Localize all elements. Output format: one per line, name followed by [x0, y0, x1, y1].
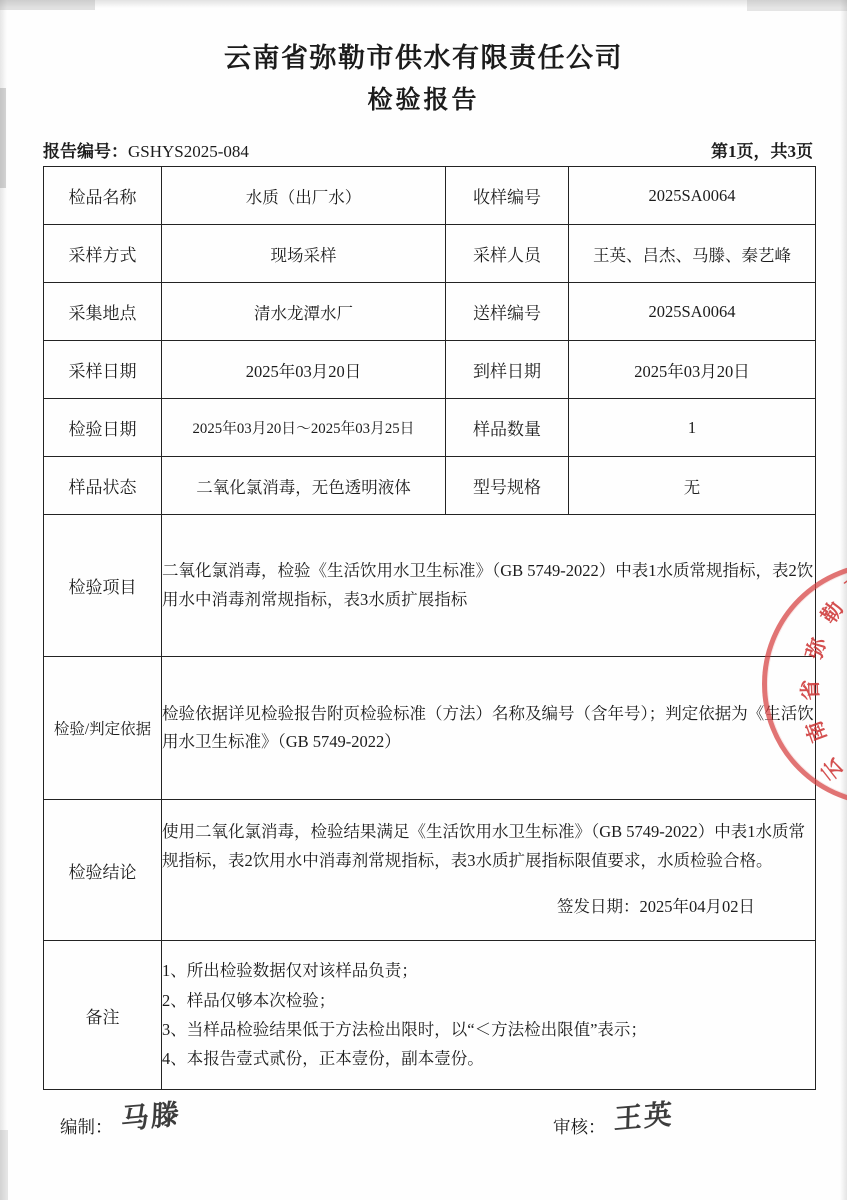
field-value: 1 [569, 399, 816, 457]
table-row-inspection-date: 检验日期 2025年03月20日～2025年03月25日 样品数量 1 [44, 399, 816, 457]
field-value: 王英、吕杰、马滕、秦艺峰 [569, 225, 816, 283]
seal-char: 云 [813, 752, 847, 787]
table-row-basis: 检验/判定依据 检验依据详见检验报告附页检验标准（方法）名称及编号（含年号）；判… [44, 657, 816, 800]
field-label: 采样方式 [44, 225, 162, 283]
reviewed-by-signature: 王英 [613, 1092, 674, 1138]
remark-line: 4、本报告壹式贰份，正本壹份，副本壹份。 [162, 1044, 815, 1073]
prepared-by-block: 编制：马滕 [60, 1102, 181, 1142]
field-label: 样品状态 [44, 457, 162, 515]
scan-artifact-bottom-left [0, 1130, 8, 1200]
scan-artifact-corner-tr [747, 0, 847, 11]
report-number: 报告编号：GSHYS2025-084 [43, 137, 249, 162]
seal-char: 省 [794, 679, 825, 701]
field-value: 二氧化氯消毒，无色透明液体 [162, 457, 446, 515]
field-label: 采集地点 [44, 283, 162, 341]
report-number-value: GSHYS2025-084 [128, 142, 249, 161]
field-label: 型号规格 [446, 457, 569, 515]
sign-date: 签发日期：2025年04月02日 [162, 893, 815, 921]
field-label: 检验/判定依据 [44, 657, 162, 800]
table-row-inspection-items: 检验项目 二氧化氯消毒，检验《生活饮用水卫生标准》（GB 5749-2022）中… [44, 515, 816, 657]
seal-char: 勒 [813, 595, 847, 629]
field-value: 2025年03月20日～2025年03月25日 [162, 399, 446, 457]
seal-char: 弥 [798, 634, 833, 662]
field-label: 到样日期 [446, 341, 569, 399]
table-row-sample-name: 检品名称 水质（出厂水） 收样编号 2025SA0064 [44, 167, 816, 225]
field-label: 采样日期 [44, 341, 162, 399]
remark-line: 2、样品仅够本次检验； [162, 986, 815, 1015]
prepared-by-signature: 马滕 [120, 1092, 181, 1138]
report-info-table: 检品名称 水质（出厂水） 收样编号 2025SA0064 采样方式 现场采样 采… [43, 166, 816, 1090]
field-label: 收样编号 [446, 167, 569, 225]
field-label: 检验结论 [44, 800, 162, 941]
conclusion-text: 使用二氧化氯消毒，检验结果满足《生活饮用水卫生标准》（GB 5749-2022）… [162, 818, 815, 875]
report-title: 检验报告 [0, 80, 847, 116]
field-value: 2025年03月20日 [162, 341, 446, 399]
scan-artifact-corner-tl [0, 0, 95, 10]
field-value: 2025SA0064 [569, 167, 816, 225]
field-label: 检品名称 [44, 167, 162, 225]
field-label: 备注 [44, 941, 162, 1090]
field-value: 无 [569, 457, 816, 515]
field-label: 样品数量 [446, 399, 569, 457]
field-label: 检验项目 [44, 515, 162, 657]
table-row-remarks: 备注 1、所出检验数据仅对该样品负责； 2、样品仅够本次检验； 3、当样品检验结… [44, 941, 816, 1090]
meta-row: 报告编号：GSHYS2025-084 第1页，共3页 [43, 137, 815, 161]
scanned-report-page: 云南省弥勒市供水有限责任公司 检验报告 报告编号：GSHYS2025-084 第… [0, 0, 847, 1200]
field-label: 检验日期 [44, 399, 162, 457]
field-label: 送样编号 [446, 283, 569, 341]
field-value: 水质（出厂水） [162, 167, 446, 225]
field-value: 现场采样 [162, 225, 446, 283]
inspection-items-text: 二氧化氯消毒，检验《生活饮用水卫生标准》（GB 5749-2022）中表1水质常… [162, 515, 816, 657]
table-row-conclusion: 检验结论 使用二氧化氯消毒，检验结果满足《生活饮用水卫生标准》（GB 5749-… [44, 800, 816, 941]
remark-line: 1、所出检验数据仅对该样品负责； [162, 956, 815, 985]
table-row-sampling-location: 采集地点 清水龙潭水厂 送样编号 2025SA0064 [44, 283, 816, 341]
seal-char: 市 [838, 564, 847, 601]
prepared-by-label: 编制： [60, 1117, 113, 1137]
page-indicator: 第1页，共3页 [711, 137, 813, 162]
remark-line: 3、当样品检验结果低于方法检出限时，以“＜方法检出限值”表示； [162, 1015, 815, 1044]
field-value: 清水龙潭水厂 [162, 283, 446, 341]
report-number-label: 报告编号： [43, 142, 128, 161]
company-name: 云南省弥勒市供水有限责任公司 [0, 36, 847, 75]
reviewed-by-block: 审核：王英 [553, 1102, 674, 1142]
field-value: 2025年03月20日 [569, 341, 816, 399]
remarks-cell: 1、所出检验数据仅对该样品负责； 2、样品仅够本次检验； 3、当样品检验结果低于… [162, 941, 816, 1090]
conclusion-cell: 使用二氧化氯消毒，检验结果满足《生活饮用水卫生标准》（GB 5749-2022）… [162, 800, 816, 941]
table-row-sampling-method: 采样方式 现场采样 采样人员 王英、吕杰、马滕、秦艺峰 [44, 225, 816, 283]
table-row-sampling-date: 采样日期 2025年03月20日 到样日期 2025年03月20日 [44, 341, 816, 399]
reviewed-by-label: 审核： [553, 1117, 606, 1137]
seal-char: 南 [798, 717, 833, 747]
field-value: 2025SA0064 [569, 283, 816, 341]
table-row-sample-condition: 样品状态 二氧化氯消毒，无色透明液体 型号规格 无 [44, 457, 816, 515]
scan-artifact-top [0, 0, 847, 8]
basis-text: 检验依据详见检验报告附页检验标准（方法）名称及编号（含年号）；判定依据为《生活饮… [162, 657, 816, 800]
field-label: 采样人员 [446, 225, 569, 283]
